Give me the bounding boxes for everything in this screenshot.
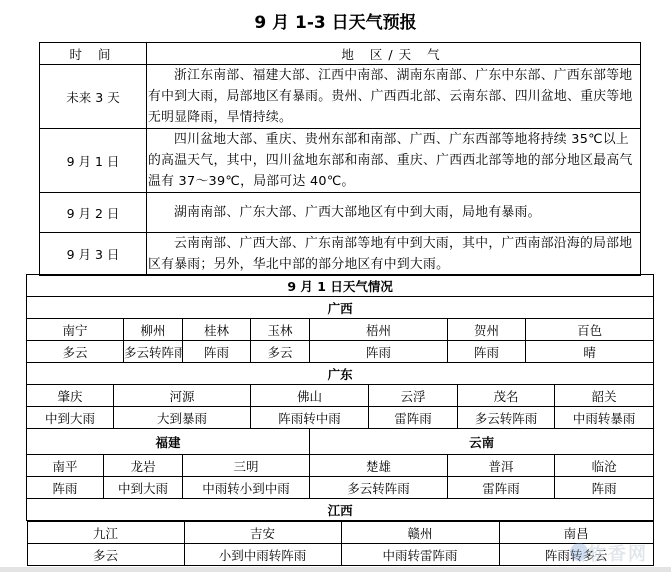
forecast-row: 9 月 3 日 云南南部、广西大部、广东南部等地有中到大雨，其中，广西南部沿海的… <box>40 233 641 276</box>
city-cell: 佛山 <box>251 385 369 407</box>
jiangxi-cities-wrap: 九江 吉安 赣州 南昌 多云 小到中雨转阵雨 中雨转雷阵雨 阵雨转多云 <box>27 521 654 567</box>
weather-cell: 中雨转雷阵雨 <box>341 544 499 566</box>
fujian-yunnan-weather-row: 阵雨 中到大雨 中雨转小到中雨 多云转阵雨 雷阵雨 阵雨 <box>27 477 654 499</box>
city-cell: 南平 <box>27 455 104 477</box>
jiangxi-cities-row: 九江 吉安 赣州 南昌 多云 小到中雨转阵雨 中雨转雷阵雨 阵雨转多云 <box>27 521 654 567</box>
forecast-row: 9 月 2 日 湖南南部、广东大部、广西大部地区有中到大雨，局地有暴雨。 <box>40 193 641 233</box>
city-cell: 九江 <box>27 522 184 544</box>
weather-cell: 阵雨转中雨 <box>251 407 369 429</box>
conditions-title: 9 月 1 日天气情况 <box>27 275 654 297</box>
weather-cell: 中到大雨 <box>27 407 114 429</box>
weather-cell: 多云转阵雨 <box>124 341 183 363</box>
forecast-text-cell: 云南南部、广西大部、广东南部等地有中到大雨，其中，广西南部沿海的局部地区有暴雨；… <box>147 233 641 276</box>
forecast-row: 9 月 1 日 四川盆地大部、重庆、贵州东部和南部、广西、广东西部等地将持续 3… <box>40 129 641 193</box>
weather-cell: 多云 <box>27 544 184 566</box>
fujian-yunnan-cities-row: 南平 龙岩 三明 楚雄 普洱 临沧 <box>27 455 654 477</box>
header-region-weather: 地 区/天 气 <box>147 43 641 65</box>
weather-cell: 阵雨 <box>555 477 654 499</box>
guangdong-cities-row: 肇庆 河源 佛山 云浮 茂名 韶关 <box>27 385 654 407</box>
city-cell: 三明 <box>183 455 310 477</box>
page-title: 9 月 1-3 日天气预报 <box>0 8 671 33</box>
weather-cell: 阵雨 <box>448 341 526 363</box>
forecast-text-cell: 湖南南部、广东大部、广西大部地区有中到大雨，局地有暴雨。 <box>147 193 641 233</box>
header-time: 时 间 <box>40 43 147 65</box>
city-cell: 龙岩 <box>104 455 183 477</box>
city-cell: 南宁 <box>27 319 124 341</box>
forecast-text: 云南南部、广西大部、广东南部等地有中到大雨，其中，广西南部沿海的局部地区有暴雨；… <box>148 236 632 272</box>
section-jiangxi: 江西 <box>27 499 654 521</box>
weather-cell: 多云 <box>27 341 124 363</box>
weather-cell: 阵雨 <box>183 341 251 363</box>
section-guangdong: 广东 <box>27 363 654 385</box>
weather-cell: 晴 <box>526 341 654 363</box>
city-cell: 茂名 <box>458 385 555 407</box>
section-yunnan: 云南 <box>310 429 654 455</box>
city-cell: 韶关 <box>555 385 654 407</box>
city-cell: 肇庆 <box>27 385 114 407</box>
forecast-text: 浙江东南部、福建大部、江西中南部、湖南东南部、广东中东部、广西东部等地有中到大雨… <box>148 68 633 125</box>
section-guangxi: 广西 <box>27 297 654 319</box>
weather-cell: 多云 <box>251 341 310 363</box>
forecast-row: 未来 3 天 浙江东南部、福建大部、江西中南部、湖南东南部、广东中东部、广西东部… <box>40 65 641 129</box>
forecast-text: 四川盆地大部、重庆、贵州东部和南部、广西、广东西部等地将持续 35℃以上的高温天… <box>148 132 633 189</box>
weather-cell: 大到暴雨 <box>114 407 251 429</box>
weather-cell: 阵雨 <box>27 477 104 499</box>
city-cell: 贺州 <box>448 319 526 341</box>
jiangxi-cities-subtable: 九江 吉安 赣州 南昌 多云 小到中雨转阵雨 中雨转雷阵雨 阵雨转多云 <box>27 521 654 566</box>
city-cell: 普洱 <box>448 455 555 477</box>
weather-cell: 阵雨 <box>310 341 448 363</box>
city-cell: 云浮 <box>369 385 458 407</box>
city-cell: 临沧 <box>555 455 654 477</box>
weather-cell: 多云转阵雨 <box>310 477 448 499</box>
weather-cell: 小到中雨转阵雨 <box>184 544 341 566</box>
forecast-text: 湖南南部、广东大部、广西大部地区有中到大雨，局地有暴雨。 <box>174 205 541 220</box>
forecast-text-cell: 四川盆地大部、重庆、贵州东部和南部、广西、广东西部等地将持续 35℃以上的高温天… <box>147 129 641 193</box>
guangdong-weather-row: 中到大雨 大到暴雨 阵雨转中雨 雷阵雨 多云转阵雨 中雨转暴雨 <box>27 407 654 429</box>
guangxi-weather-row: 多云 多云转阵雨 阵雨 多云 阵雨 阵雨 晴 <box>27 341 654 363</box>
forecast-time: 9 月 3 日 <box>40 233 147 276</box>
forecast-time: 9 月 2 日 <box>40 193 147 233</box>
weather-cell: 中雨转暴雨 <box>555 407 654 429</box>
section-fujian: 福建 <box>27 429 310 455</box>
forecast-text-cell: 浙江东南部、福建大部、江西中南部、湖南东南部、广东中东部、广西东部等地有中到大雨… <box>147 65 641 129</box>
watermark-text: 软香网 <box>588 540 648 566</box>
watermark-logo-icon <box>570 543 588 561</box>
forecast-time: 未来 3 天 <box>40 65 147 129</box>
weather-cell: 多云转阵雨 <box>458 407 555 429</box>
forecast-time: 9 月 1 日 <box>40 129 147 193</box>
city-cell: 玉林 <box>251 319 310 341</box>
city-cell: 楚雄 <box>310 455 448 477</box>
weather-cell: 雷阵雨 <box>369 407 458 429</box>
city-cell: 河源 <box>114 385 251 407</box>
conditions-table: 9 月 1 日天气情况 广西 南宁 柳州 桂林 玉林 梧州 贺州 百色 多云 多… <box>26 274 654 566</box>
weather-cell: 中雨转小到中雨 <box>183 477 310 499</box>
bottom-bar <box>0 567 671 572</box>
city-cell: 百色 <box>526 319 654 341</box>
city-cell: 柳州 <box>124 319 183 341</box>
city-cell: 梧州 <box>310 319 448 341</box>
forecast-header-row: 时 间 地 区/天 气 <box>40 43 641 65</box>
city-cell: 桂林 <box>183 319 251 341</box>
weather-cell: 雷阵雨 <box>448 477 555 499</box>
city-cell: 赣州 <box>341 522 499 544</box>
guangxi-cities-row: 南宁 柳州 桂林 玉林 梧州 贺州 百色 <box>27 319 654 341</box>
city-cell: 吉安 <box>184 522 341 544</box>
forecast-table: 时 间 地 区/天 气 未来 3 天 浙江东南部、福建大部、江西中南部、湖南东南… <box>39 42 641 276</box>
weather-cell: 中到大雨 <box>104 477 183 499</box>
